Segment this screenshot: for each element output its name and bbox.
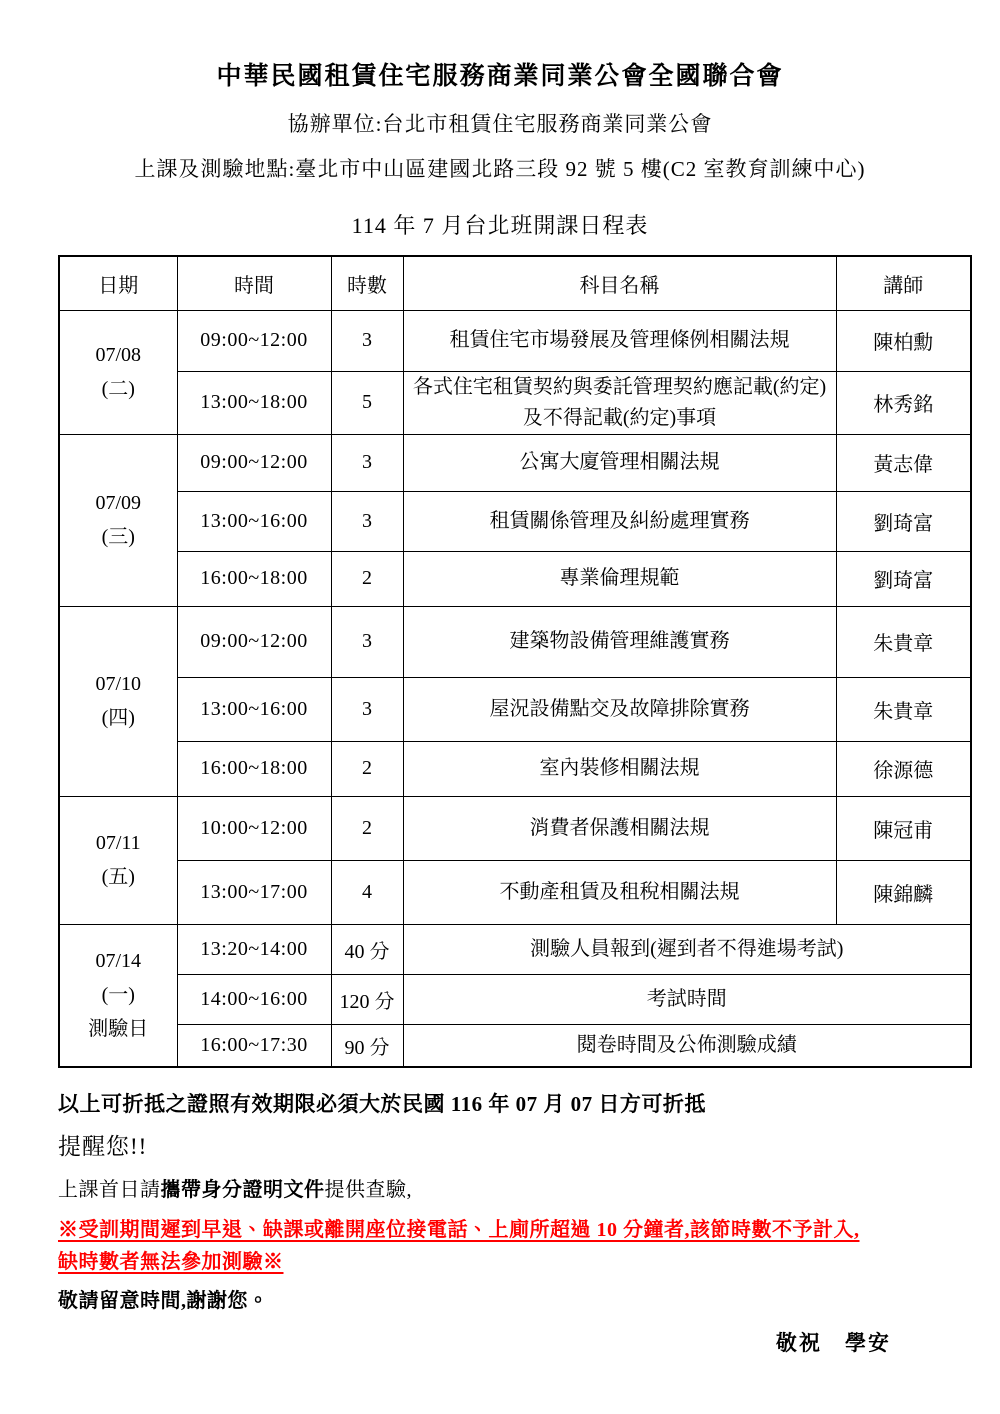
hours-cell: 2 — [331, 741, 403, 796]
instructor-cell: 徐源德 — [836, 741, 971, 796]
table-row: 13:00~17:00 4 不動產租賃及租稅相關法規 陳錦麟 — [59, 860, 971, 924]
hours-cell: 4 — [331, 860, 403, 924]
merged-subject-cell: 測驗人員報到(遲到者不得進場考試) — [403, 924, 971, 974]
time-cell: 16:00~18:00 — [177, 741, 331, 796]
weekday-label: (四) — [60, 701, 177, 735]
hours-cell: 3 — [331, 606, 403, 677]
date-cell: 07/14 (一) 測驗日 — [59, 924, 177, 1067]
time-cell: 09:00~12:00 — [177, 434, 331, 491]
schedule-title: 114 年 7 月台北班開課日程表 — [0, 209, 1000, 240]
checkin-bold-text: 攜帶身分證明文件 — [161, 1179, 325, 1201]
table-row: 07/08 (二) 09:00~12:00 3 租賃住宅市場發展及管理條例相關法… — [59, 310, 971, 371]
organizer-line: 協辦單位:台北市租賃住宅服務商業同業公會 — [0, 108, 1000, 138]
table-row: 13:00~16:00 3 租賃關係管理及糾紛處理實務 劉琦富 — [59, 491, 971, 551]
subject-cell: 建築物設備管理維護實務 — [403, 606, 836, 677]
warning-line-1: ※受訓期間遲到早退、缺課或離開座位接電話、上廁所超過 10 分鐘者,該節時數不予… — [58, 1219, 860, 1241]
instructor-cell: 朱貴章 — [836, 677, 971, 741]
table-row: 16:00~17:30 90 分 閱卷時間及公佈測驗成績 — [59, 1024, 971, 1067]
warning-line-2: 缺時數者無法參加測驗※ — [58, 1251, 284, 1273]
table-row: 16:00~18:00 2 專業倫理規範 劉琦富 — [59, 551, 971, 606]
hours-cell: 3 — [331, 434, 403, 491]
weekday-label: (五) — [60, 860, 177, 894]
subject-cell: 屋況設備點交及故障排除實務 — [403, 677, 836, 741]
date-label: 07/08 — [95, 344, 141, 366]
date-label: 07/09 — [95, 492, 141, 514]
location-line: 上課及測驗地點:臺北市中山區建國北路三段 92 號 5 樓(C2 室教育訓練中心… — [0, 153, 1000, 183]
date-label: 07/10 — [95, 673, 141, 695]
document-page: 中華民國租賃住宅服務商業同業公會全國聯合會 協辦單位:台北市租賃住宅服務商業同業… — [0, 0, 1000, 1414]
date-cell: 07/10 (四) — [59, 606, 177, 796]
subject-cell: 租賃住宅市場發展及管理條例相關法規 — [403, 310, 836, 371]
table-row: 07/11 (五) 10:00~12:00 2 消費者保護相關法規 陳冠甫 — [59, 796, 971, 860]
checkin-suffix: 提供查驗, — [325, 1179, 413, 1201]
date-label: 07/14 — [95, 950, 141, 972]
instructor-cell: 陳柏勳 — [836, 310, 971, 371]
instructor-cell: 黃志偉 — [836, 434, 971, 491]
instructor-cell: 林秀銘 — [836, 371, 971, 434]
checkin-prefix: 上課首日請 — [58, 1179, 161, 1201]
closing-note: 敬請留意時間,謝謝您。 — [58, 1284, 948, 1313]
exam-day-label: 測驗日 — [60, 1012, 177, 1046]
header-cell-time: 時間 — [177, 256, 331, 310]
date-cell: 07/08 (二) — [59, 310, 177, 434]
date-cell: 07/09 (三) — [59, 434, 177, 606]
date-label: 07/11 — [96, 832, 141, 854]
time-cell: 09:00~12:00 — [177, 606, 331, 677]
time-cell: 13:00~16:00 — [177, 677, 331, 741]
hours-cell: 120 分 — [331, 974, 403, 1024]
table-row: 14:00~16:00 120 分 考試時間 — [59, 974, 971, 1024]
header-cell-instructor: 講師 — [836, 256, 971, 310]
page-title: 中華民國租賃住宅服務商業同業公會全國聯合會 — [0, 56, 1000, 92]
table-row: 07/14 (一) 測驗日 13:20~14:00 40 分 測驗人員報到(遲到… — [59, 924, 971, 974]
table-row: 07/10 (四) 09:00~12:00 3 建築物設備管理維護實務 朱貴章 — [59, 606, 971, 677]
time-cell: 09:00~12:00 — [177, 310, 331, 371]
subject-cell: 不動產租賃及租稅相關法規 — [403, 860, 836, 924]
instructor-cell: 劉琦富 — [836, 551, 971, 606]
instructor-cell: 陳錦麟 — [836, 860, 971, 924]
table-row: 13:00~16:00 3 屋況設備點交及故障排除實務 朱貴章 — [59, 677, 971, 741]
hours-cell: 5 — [331, 371, 403, 434]
merged-subject-cell: 閱卷時間及公佈測驗成績 — [403, 1024, 971, 1067]
time-cell: 13:00~17:00 — [177, 860, 331, 924]
time-cell: 16:00~17:30 — [177, 1024, 331, 1067]
footer-notes: 以上可折抵之證照有效期限必須大於民國 116 年 07 月 07 日方可折抵 提… — [58, 1088, 948, 1357]
hours-cell: 3 — [331, 310, 403, 371]
hours-cell: 3 — [331, 491, 403, 551]
subject-cell: 室內裝修相關法規 — [403, 741, 836, 796]
subject-cell: 專業倫理規範 — [403, 551, 836, 606]
header-cell-subject: 科目名稱 — [403, 256, 836, 310]
table-row: 16:00~18:00 2 室內裝修相關法規 徐源德 — [59, 741, 971, 796]
hours-cell: 2 — [331, 551, 403, 606]
subject-cell: 租賃關係管理及糾紛處理實務 — [403, 491, 836, 551]
subject-cell: 公寓大廈管理相關法規 — [403, 434, 836, 491]
hours-cell: 40 分 — [331, 924, 403, 974]
header-cell-hours: 時數 — [331, 256, 403, 310]
table-row: 07/09 (三) 09:00~12:00 3 公寓大廈管理相關法規 黃志偉 — [59, 434, 971, 491]
time-cell: 16:00~18:00 — [177, 551, 331, 606]
weekday-label: (二) — [60, 372, 177, 406]
hours-cell: 2 — [331, 796, 403, 860]
hours-cell: 90 分 — [331, 1024, 403, 1067]
date-cell: 07/11 (五) — [59, 796, 177, 924]
merged-subject-cell: 考試時間 — [403, 974, 971, 1024]
time-cell: 13:00~18:00 — [177, 371, 331, 434]
weekday-label: (一) — [60, 978, 177, 1012]
time-cell: 13:20~14:00 — [177, 924, 331, 974]
warning-text: ※受訓期間遲到早退、缺課或離開座位接電話、上廁所超過 10 分鐘者,該節時數不予… — [58, 1214, 948, 1278]
header-cell-date: 日期 — [59, 256, 177, 310]
table-row: 13:00~18:00 5 各式住宅租賃契約與委託管理契約應記載(約定)及不得記… — [59, 371, 971, 434]
reminder-title: 提醒您!! — [58, 1128, 948, 1161]
time-cell: 10:00~12:00 — [177, 796, 331, 860]
time-cell: 13:00~16:00 — [177, 491, 331, 551]
subject-cell: 消費者保護相關法規 — [403, 796, 836, 860]
table-header-row: 日期 時間 時數 科目名稱 講師 — [59, 256, 971, 310]
subject-cell: 各式住宅租賃契約與委託管理契約應記載(約定)及不得記載(約定)事項 — [403, 371, 836, 434]
checkin-line: 上課首日請攜帶身分證明文件提供查驗, — [58, 1173, 948, 1202]
instructor-cell: 劉琦富 — [836, 491, 971, 551]
time-cell: 14:00~16:00 — [177, 974, 331, 1024]
validity-note: 以上可折抵之證照有效期限必須大於民國 116 年 07 月 07 日方可折抵 — [58, 1088, 948, 1118]
hours-cell: 3 — [331, 677, 403, 741]
weekday-label: (三) — [60, 520, 177, 554]
instructor-cell: 朱貴章 — [836, 606, 971, 677]
instructor-cell: 陳冠甫 — [836, 796, 971, 860]
schedule-table: 日期 時間 時數 科目名稱 講師 07/08 (二) 09:00~12:00 3… — [58, 255, 972, 1068]
signoff: 敬祝 學安 — [58, 1327, 891, 1357]
